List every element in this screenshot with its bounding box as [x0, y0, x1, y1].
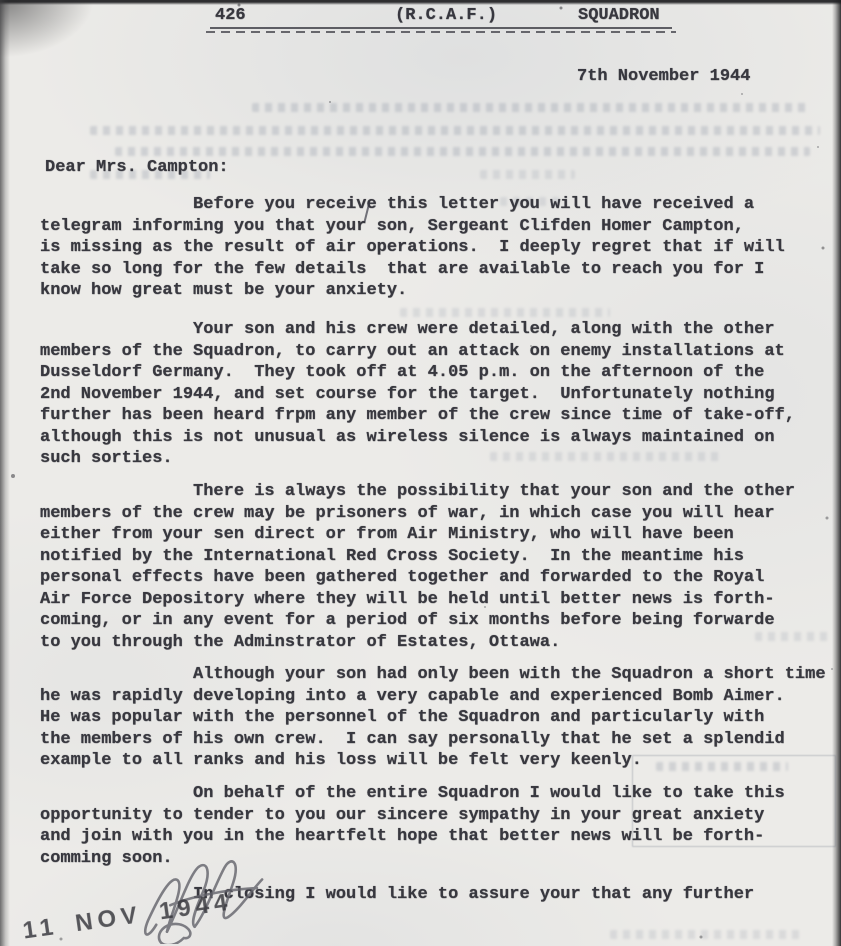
paragraph-2: Your son and his crew were detailed, alo… — [40, 319, 795, 470]
header-underline-dashed — [206, 31, 676, 33]
header-underline-solid — [210, 27, 672, 29]
bleedthrough-line — [90, 126, 820, 135]
paragraph-4: Although your son had only been with the… — [40, 664, 826, 772]
scan-specks — [0, 0, 2, 2]
salutation: Dear Mrs. Campton: — [45, 157, 229, 179]
date-line: 7th November 1944 — [577, 66, 750, 88]
bleedthrough-line — [252, 103, 808, 112]
scan-corner-smudge — [0, 0, 130, 80]
letterhead: 426 (R.C.A.F.) SQUADRON — [210, 5, 675, 39]
paragraph-3: There is always the possibility that you… — [40, 481, 795, 653]
bleedthrough-line — [400, 308, 610, 317]
bleedthrough-line — [610, 930, 800, 939]
squadron-org: (R.C.A.F.) — [395, 5, 497, 27]
letter-page: 426 (R.C.A.F.) SQUADRON 7th November 194… — [0, 0, 841, 946]
paragraph-1: Before you receive this letter you will … — [40, 194, 785, 302]
bleedthrough-line — [480, 170, 575, 179]
squadron-number: 426 — [215, 5, 246, 27]
squadron-unit: SQUADRON — [578, 5, 660, 27]
scan-edge-left — [0, 0, 10, 946]
